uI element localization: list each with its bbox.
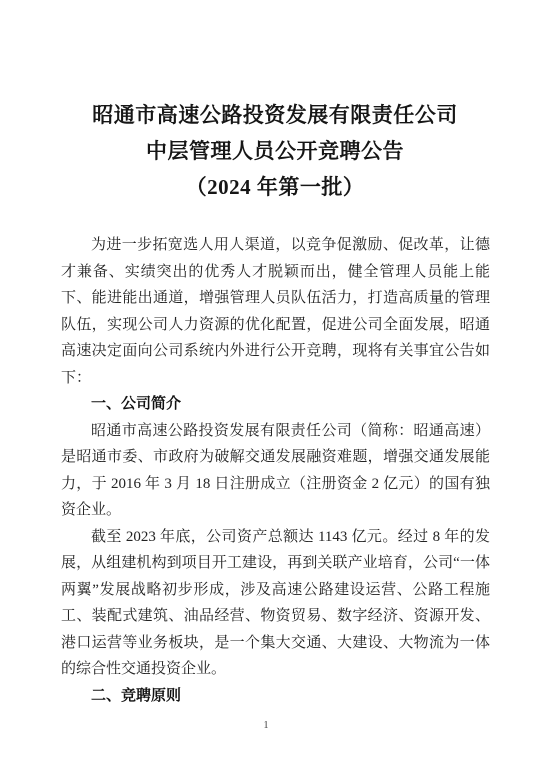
section-1-heading: 一、公司简介 xyxy=(61,391,490,418)
section-1-paragraph-1: 昭通市高速公路投资发展有限责任公司（简称：昭通高速）是昭通市委、市政府为破解交通… xyxy=(61,418,490,524)
intro-paragraph: 为进一步拓宽选人用人渠道，以竞争促激励、促改革，让德才兼备、实绩突出的优秀人才脱… xyxy=(61,232,490,391)
title-line-batch: （2024 年第一批） xyxy=(0,169,550,205)
document-body: 为进一步拓宽选人用人渠道，以竞争促激励、促改革，让德才兼备、实绩突出的优秀人才脱… xyxy=(61,232,490,709)
page-number: 1 xyxy=(0,719,532,733)
title-line-announcement: 中层管理人员公开竞聘公告 xyxy=(0,133,550,169)
section-1-paragraph-2: 截至 2023 年底，公司资产总额达 1143 亿元。经过 8 年的发展，从组建… xyxy=(61,524,490,683)
section-2-heading: 二、竞聘原则 xyxy=(61,683,490,710)
title-line-company: 昭通市高速公路投资发展有限责任公司 xyxy=(0,97,550,133)
document-page: 昭通市高速公路投资发展有限责任公司 中层管理人员公开竞聘公告 （2024 年第一… xyxy=(0,0,550,777)
document-title: 昭通市高速公路投资发展有限责任公司 中层管理人员公开竞聘公告 （2024 年第一… xyxy=(0,97,550,205)
